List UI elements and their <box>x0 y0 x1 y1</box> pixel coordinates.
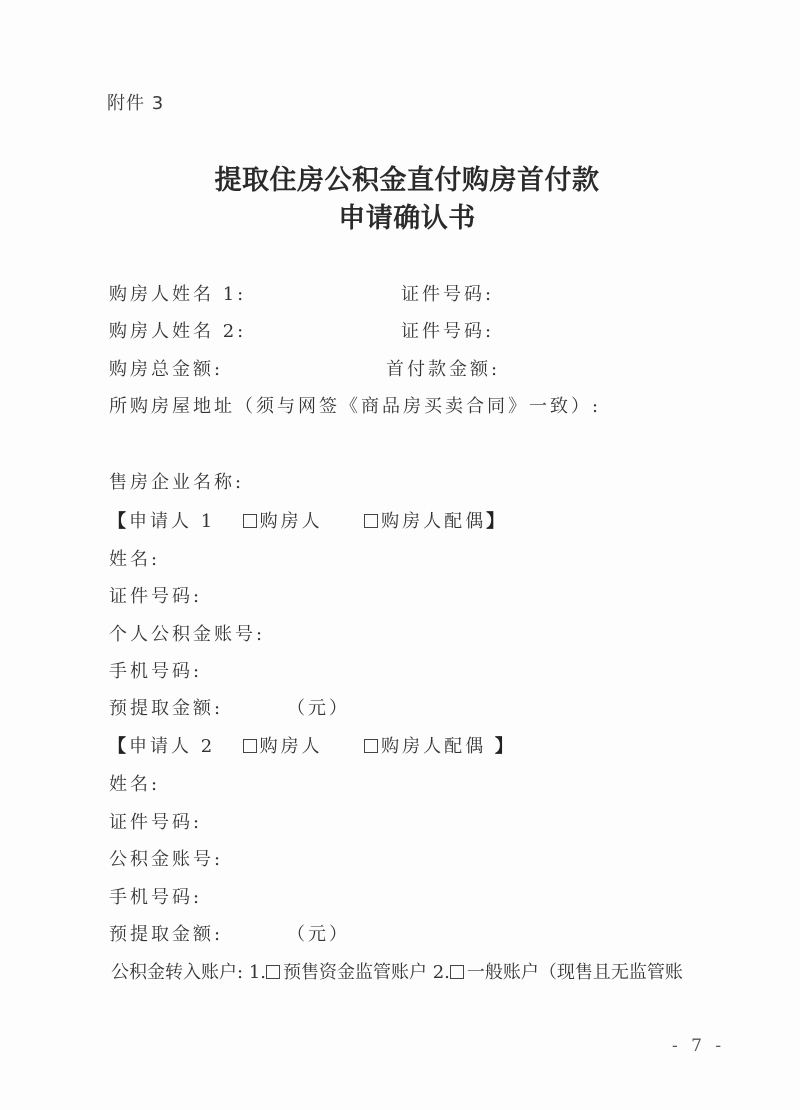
address-label: 所购房屋地址（须与网签《商品房买卖合同》一致）: <box>109 396 601 417</box>
applicant-1-heading-row: 【申请人 1 购房人 购房人配偶】 <box>108 507 507 533</box>
transfer-account-label: 公积金转入账户: <box>111 962 243 983</box>
applicant-2-name-label: 姓名: <box>109 774 160 795</box>
applicant-2-name-row: 姓名: <box>109 770 160 796</box>
buyer-name-2-row: 购房人姓名 2: 证件号码: <box>109 317 246 343</box>
option-1-number: 1. <box>249 962 266 983</box>
applicant-2-phone-label: 手机号码: <box>109 887 202 908</box>
option-2-number: 2. <box>433 962 450 983</box>
applicant-1-amount-label: 预提取金额: <box>109 698 223 719</box>
applicant-1-amount-row: 预提取金额: （元） <box>109 694 223 720</box>
applicant-2-option-spouse[interactable]: 购房人配偶 <box>364 736 486 757</box>
applicant-2-id-row: 证件号码: <box>109 808 202 834</box>
applicant-1-name-label: 姓名: <box>109 549 160 570</box>
applicant-2-option-buyer[interactable]: 购房人 <box>243 736 323 757</box>
applicant-2-account-row: 公积金账号: <box>109 845 223 871</box>
applicant-2-currency-unit: （元） <box>287 920 350 946</box>
applicant-1-name-row: 姓名: <box>109 545 160 571</box>
applicant-1-id-row: 证件号码: <box>109 582 202 608</box>
applicant-2-id-label: 证件号码: <box>109 812 202 833</box>
applicant-2-phone-row: 手机号码: <box>109 883 202 909</box>
buyer-id-1-label: 证件号码: <box>401 280 494 306</box>
applicant-2-account-label: 公积金账号: <box>109 849 223 870</box>
page-number: - 7 - <box>672 1036 725 1056</box>
applicant-2-heading-row: 【申请人 2 购房人 购房人配偶 】 <box>108 732 516 758</box>
checkbox-icon[interactable] <box>243 739 257 753</box>
transfer-option-general-account[interactable]: 一般账户（现售且无监管账 <box>450 962 683 983</box>
attachment-label: 附件 3 <box>107 89 164 115</box>
applicant-1-phone-row: 手机号码: <box>109 657 202 683</box>
buyer-id-2-label: 证件号码: <box>401 317 494 343</box>
applicant-1-heading: 申请人 1 <box>129 511 215 532</box>
applicant-2-amount-label: 预提取金额: <box>109 924 223 945</box>
down-payment-label: 首付款金额: <box>386 355 500 381</box>
bracket-close: 】 <box>495 736 516 757</box>
checkbox-icon[interactable] <box>450 965 464 979</box>
applicant-1-currency-unit: （元） <box>287 694 350 720</box>
document-title-line-1: 提取住房公积金直付购房首付款 <box>7 158 800 197</box>
seller-company-label: 售房企业名称: <box>109 472 244 493</box>
checkbox-icon[interactable] <box>243 514 257 528</box>
applicant-1-phone-label: 手机号码: <box>109 661 202 682</box>
applicant-1-account-label: 个人公积金账号: <box>109 624 265 645</box>
buyer-name-1-label: 购房人姓名 1: <box>109 284 246 305</box>
applicant-2-heading: 申请人 2 <box>129 736 215 757</box>
seller-company-row: 售房企业名称: <box>109 468 244 494</box>
amount-row: 购房总金额: 首付款金额: <box>109 355 223 381</box>
checkbox-icon[interactable] <box>364 514 378 528</box>
transfer-option-presale-supervision[interactable]: 预售资金监管账户 <box>266 962 427 983</box>
applicant-1-account-row: 个人公积金账号: <box>109 620 265 646</box>
applicant-1-option-spouse[interactable]: 购房人配偶 <box>364 511 486 532</box>
applicant-1-option-buyer[interactable]: 购房人 <box>243 511 323 532</box>
document-title-line-2: 申请确认书 <box>7 196 800 235</box>
address-row: 所购房屋地址（须与网签《商品房买卖合同》一致）: <box>109 392 601 418</box>
document-page: 附件 3 提取住房公积金直付购房首付款 申请确认书 购房人姓名 1: 证件号码:… <box>0 0 800 1110</box>
bracket-open: 【 <box>108 511 129 532</box>
applicant-1-id-label: 证件号码: <box>109 586 202 607</box>
total-amount-label: 购房总金额: <box>109 359 223 380</box>
checkbox-icon[interactable] <box>266 965 280 979</box>
applicant-2-amount-row: 预提取金额: （元） <box>109 920 223 946</box>
buyer-name-2-label: 购房人姓名 2: <box>109 321 246 342</box>
buyer-name-1-row: 购房人姓名 1: 证件号码: <box>109 280 246 306</box>
checkbox-icon[interactable] <box>364 739 378 753</box>
bracket-close: 】 <box>486 511 507 532</box>
transfer-account-row: 公积金转入账户: 1.预售资金监管账户 2.一般账户（现售且无监管账 <box>111 958 683 984</box>
bracket-open: 【 <box>108 736 129 757</box>
